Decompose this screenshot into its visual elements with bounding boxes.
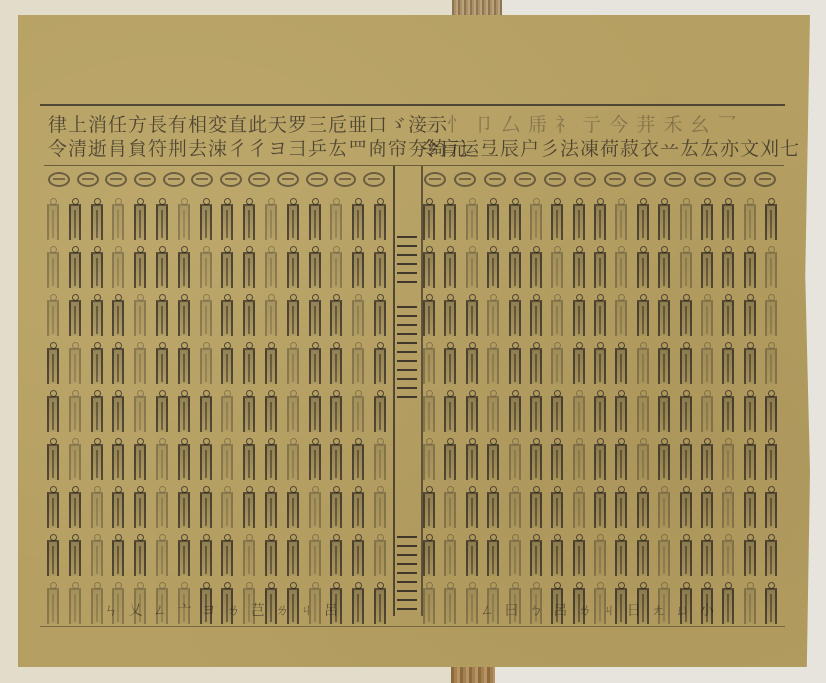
standing-figure-stamp — [351, 438, 365, 482]
standing-figure-stamp — [764, 294, 778, 338]
standing-figure-stamp — [465, 438, 479, 482]
standing-figure-stamp — [721, 342, 735, 386]
figure-row — [420, 198, 780, 244]
standing-figure-stamp — [373, 198, 387, 242]
header-left-line-1: 律上消任方長有相変直此天罗三卮亜口ゞ淁示 — [48, 114, 448, 136]
standing-figure-stamp — [529, 246, 543, 290]
standing-figure-stamp — [486, 294, 500, 338]
standing-figure-stamp — [111, 438, 125, 482]
standing-figure-stamp — [68, 534, 82, 578]
standing-figure-stamp — [636, 390, 650, 434]
standing-figure-stamp — [721, 582, 735, 626]
standing-figure-stamp — [68, 342, 82, 386]
standing-figure-stamp — [743, 438, 757, 482]
standing-figure-stamp — [177, 198, 191, 242]
standing-figure-stamp — [593, 438, 607, 482]
standing-figure-stamp — [529, 342, 543, 386]
standing-figure-stamp — [679, 534, 693, 578]
ladder-block-1 — [397, 236, 417, 286]
standing-figure-stamp — [636, 438, 650, 482]
standing-figure-stamp — [764, 534, 778, 578]
standing-figure-stamp — [743, 198, 757, 242]
standing-figure-stamp — [550, 534, 564, 578]
standing-figure-stamp — [443, 390, 457, 434]
standing-figure-stamp — [133, 198, 147, 242]
standing-figure-stamp — [529, 438, 543, 482]
standing-figure-stamp — [329, 198, 343, 242]
standing-figure-stamp — [422, 198, 436, 242]
standing-figure-stamp — [220, 390, 234, 434]
standing-figure-stamp — [286, 246, 300, 290]
standing-figure-stamp — [199, 582, 213, 626]
standing-figure-stamp — [46, 582, 60, 626]
standing-figure-stamp — [743, 246, 757, 290]
figure-panel-right: ㄥ 曰 ㄅ 呂 ㄌ ㄐ 日 ㄤ ㄩ 小 — [420, 168, 780, 618]
header-left-line-2: 令清逝肙貟符㓝去涑彳彳ヨ彐乒厷罒㕯帘夯绮元 — [48, 138, 468, 160]
head-stamp — [664, 172, 686, 187]
standing-figure-stamp — [465, 246, 479, 290]
standing-figure-stamp — [242, 534, 256, 578]
standing-figure-stamp — [242, 198, 256, 242]
standing-figure-stamp — [443, 438, 457, 482]
standing-figure-stamp — [199, 534, 213, 578]
standing-figure-stamp — [220, 246, 234, 290]
standing-figure-stamp — [443, 294, 457, 338]
standing-figure-stamp — [133, 438, 147, 482]
figure-row — [44, 438, 389, 484]
head-stamp — [754, 172, 776, 187]
standing-figure-stamp — [721, 486, 735, 530]
standing-figure-stamp — [90, 342, 104, 386]
figure-row — [420, 390, 780, 436]
standing-figure-stamp — [351, 342, 365, 386]
standing-figure-stamp — [68, 582, 82, 626]
standing-figure-stamp — [373, 534, 387, 578]
standing-figure-stamp — [329, 582, 343, 626]
standing-figure-stamp — [155, 438, 169, 482]
standing-figure-stamp — [308, 294, 322, 338]
head-stamp — [694, 172, 716, 187]
header-right-line-1: 三 忄 卩 厶 乕 礻 亍 今 茾 禾 幺 乛 — [420, 114, 737, 136]
standing-figure-stamp — [329, 246, 343, 290]
standing-figure-stamp — [550, 246, 564, 290]
standing-figure-stamp — [155, 582, 169, 626]
standing-figure-stamp — [636, 486, 650, 530]
standing-figure-stamp — [465, 294, 479, 338]
standing-figure-stamp — [220, 198, 234, 242]
standing-figure-stamp — [572, 294, 586, 338]
standing-figure-stamp — [550, 198, 564, 242]
standing-figure-stamp — [68, 198, 82, 242]
ladder-block-3 — [397, 536, 417, 616]
standing-figure-stamp — [242, 246, 256, 290]
standing-figure-stamp — [351, 246, 365, 290]
standing-figure-stamp — [550, 486, 564, 530]
standing-figure-stamp — [111, 534, 125, 578]
standing-figure-stamp — [68, 486, 82, 530]
standing-figure-stamp — [133, 534, 147, 578]
standing-figure-stamp — [373, 246, 387, 290]
head-stamp-row — [420, 172, 780, 194]
figure-row — [420, 582, 780, 628]
standing-figure-stamp — [679, 438, 693, 482]
standing-figure-stamp — [308, 486, 322, 530]
standing-figure-stamp — [614, 390, 628, 434]
standing-figure-stamp — [199, 390, 213, 434]
standing-figure-stamp — [657, 390, 671, 434]
standing-figure-stamp — [764, 486, 778, 530]
standing-figure-stamp — [657, 294, 671, 338]
standing-figure-stamp — [286, 486, 300, 530]
standing-figure-stamp — [111, 246, 125, 290]
standing-figure-stamp — [614, 342, 628, 386]
standing-figure-stamp — [111, 294, 125, 338]
standing-figure-stamp — [133, 582, 147, 626]
standing-figure-stamp — [465, 198, 479, 242]
standing-figure-stamp — [177, 246, 191, 290]
head-stamp — [514, 172, 536, 187]
standing-figure-stamp — [90, 534, 104, 578]
standing-figure-stamp — [508, 534, 522, 578]
standing-figure-stamp — [308, 342, 322, 386]
standing-figure-stamp — [529, 582, 543, 626]
standing-figure-stamp — [657, 198, 671, 242]
standing-figure-stamp — [329, 438, 343, 482]
standing-figure-stamp — [177, 390, 191, 434]
standing-figure-stamp — [465, 486, 479, 530]
figure-row — [44, 246, 389, 292]
standing-figure-stamp — [351, 390, 365, 434]
standing-figure-stamp — [155, 246, 169, 290]
standing-figure-stamp — [220, 342, 234, 386]
standing-figure-stamp — [572, 486, 586, 530]
head-stamp — [220, 172, 242, 187]
standing-figure-stamp — [743, 582, 757, 626]
standing-figure-stamp — [508, 342, 522, 386]
figure-row — [420, 438, 780, 484]
head-stamp — [544, 172, 566, 187]
standing-figure-stamp — [508, 582, 522, 626]
head-stamp — [105, 172, 127, 187]
standing-figure-stamp — [177, 486, 191, 530]
standing-figure-stamp — [177, 582, 191, 626]
figure-row — [44, 294, 389, 340]
standing-figure-stamp — [351, 486, 365, 530]
standing-figure-stamp — [199, 438, 213, 482]
standing-figure-stamp — [743, 342, 757, 386]
figure-row — [44, 342, 389, 388]
standing-figure-stamp — [614, 486, 628, 530]
standing-figure-stamp — [657, 342, 671, 386]
standing-figure-stamp — [721, 534, 735, 578]
standing-figure-stamp — [329, 486, 343, 530]
standing-figure-stamp — [614, 438, 628, 482]
head-stamp — [334, 172, 356, 187]
book-spine-top — [452, 0, 502, 16]
standing-figure-stamp — [422, 342, 436, 386]
standing-figure-stamp — [264, 294, 278, 338]
standing-figure-stamp — [679, 294, 693, 338]
head-stamp — [484, 172, 506, 187]
standing-figure-stamp — [572, 582, 586, 626]
head-stamp — [724, 172, 746, 187]
standing-figure-stamp — [351, 294, 365, 338]
standing-figure-stamp — [155, 198, 169, 242]
head-stamp — [604, 172, 626, 187]
standing-figure-stamp — [764, 198, 778, 242]
standing-figure-stamp — [679, 582, 693, 626]
standing-figure-stamp — [443, 198, 457, 242]
standing-figure-stamp — [242, 342, 256, 386]
standing-figure-stamp — [422, 294, 436, 338]
standing-figure-stamp — [550, 294, 564, 338]
standing-figure-stamp — [111, 342, 125, 386]
head-stamp — [634, 172, 656, 187]
header-right-line-2: 令肓运弖辰户彡法凍荷菽衣䒑厷厷亦文刈七 — [420, 138, 800, 160]
standing-figure-stamp — [657, 582, 671, 626]
figure-row — [44, 486, 389, 532]
standing-figure-stamp — [329, 390, 343, 434]
standing-figure-stamp — [422, 390, 436, 434]
head-stamp — [134, 172, 156, 187]
standing-figure-stamp — [636, 342, 650, 386]
head-stamp — [163, 172, 185, 187]
standing-figure-stamp — [679, 246, 693, 290]
standing-figure-stamp — [636, 294, 650, 338]
standing-figure-stamp — [264, 534, 278, 578]
standing-figure-stamp — [90, 246, 104, 290]
standing-figure-stamp — [373, 294, 387, 338]
head-stamp — [77, 172, 99, 187]
standing-figure-stamp — [614, 294, 628, 338]
standing-figure-stamp — [636, 198, 650, 242]
standing-figure-stamp — [373, 582, 387, 626]
standing-figure-stamp — [636, 534, 650, 578]
standing-figure-stamp — [177, 342, 191, 386]
standing-figure-stamp — [68, 294, 82, 338]
standing-figure-stamp — [264, 486, 278, 530]
standing-figure-stamp — [636, 582, 650, 626]
standing-figure-stamp — [508, 486, 522, 530]
standing-figure-stamp — [264, 246, 278, 290]
standing-figure-stamp — [422, 534, 436, 578]
standing-figure-stamp — [700, 486, 714, 530]
standing-figure-stamp — [286, 438, 300, 482]
figure-row — [44, 534, 389, 580]
head-stamp — [48, 172, 70, 187]
standing-figure-stamp — [721, 438, 735, 482]
figure-row — [44, 390, 389, 436]
standing-figure-stamp — [133, 342, 147, 386]
standing-figure-stamp — [177, 438, 191, 482]
standing-figure-stamp — [46, 246, 60, 290]
standing-figure-stamp — [133, 246, 147, 290]
standing-figure-stamp — [286, 342, 300, 386]
standing-figure-stamp — [68, 246, 82, 290]
standing-figure-stamp — [329, 534, 343, 578]
standing-figure-stamp — [286, 534, 300, 578]
standing-figure-stamp — [743, 534, 757, 578]
standing-figure-stamp — [264, 390, 278, 434]
head-stamp — [363, 172, 385, 187]
standing-figure-stamp — [46, 342, 60, 386]
standing-figure-stamp — [679, 342, 693, 386]
standing-figure-stamp — [700, 294, 714, 338]
head-stamp — [454, 172, 476, 187]
standing-figure-stamp — [679, 486, 693, 530]
standing-figure-stamp — [508, 198, 522, 242]
standing-figure-stamp — [286, 582, 300, 626]
standing-figure-stamp — [764, 390, 778, 434]
standing-figure-stamp — [199, 246, 213, 290]
standing-figure-stamp — [743, 486, 757, 530]
standing-figure-stamp — [46, 198, 60, 242]
standing-figure-stamp — [614, 198, 628, 242]
standing-figure-stamp — [90, 582, 104, 626]
head-stamp — [248, 172, 270, 187]
standing-figure-stamp — [764, 246, 778, 290]
standing-figure-stamp — [111, 582, 125, 626]
standing-figure-stamp — [422, 486, 436, 530]
standing-figure-stamp — [486, 534, 500, 578]
figure-row — [420, 342, 780, 388]
standing-figure-stamp — [529, 534, 543, 578]
standing-figure-stamp — [90, 486, 104, 530]
standing-figure-stamp — [422, 582, 436, 626]
standing-figure-stamp — [68, 390, 82, 434]
standing-figure-stamp — [264, 582, 278, 626]
standing-figure-stamp — [529, 294, 543, 338]
standing-figure-stamp — [614, 246, 628, 290]
head-stamp — [191, 172, 213, 187]
standing-figure-stamp — [242, 486, 256, 530]
standing-figure-stamp — [657, 534, 671, 578]
standing-figure-stamp — [286, 294, 300, 338]
book-spine-bottom — [451, 666, 495, 683]
standing-figure-stamp — [657, 486, 671, 530]
standing-figure-stamp — [486, 486, 500, 530]
standing-figure-stamp — [155, 390, 169, 434]
standing-figure-stamp — [199, 342, 213, 386]
standing-figure-stamp — [199, 486, 213, 530]
standing-figure-stamp — [133, 486, 147, 530]
standing-figure-stamp — [721, 198, 735, 242]
figure-row — [420, 486, 780, 532]
standing-figure-stamp — [199, 294, 213, 338]
standing-figure-stamp — [155, 486, 169, 530]
standing-figure-stamp — [351, 198, 365, 242]
standing-figure-stamp — [90, 198, 104, 242]
standing-figure-stamp — [700, 582, 714, 626]
standing-figure-stamp — [155, 534, 169, 578]
standing-figure-stamp — [593, 582, 607, 626]
standing-figure-stamp — [508, 294, 522, 338]
standing-figure-stamp — [465, 390, 479, 434]
figure-row — [44, 582, 389, 628]
standing-figure-stamp — [264, 438, 278, 482]
figure-row — [420, 534, 780, 580]
standing-figure-stamp — [636, 246, 650, 290]
standing-figure-stamp — [486, 342, 500, 386]
standing-figure-stamp — [700, 342, 714, 386]
standing-figure-stamp — [177, 534, 191, 578]
standing-figure-stamp — [111, 390, 125, 434]
standing-figure-stamp — [508, 246, 522, 290]
standing-figure-stamp — [700, 390, 714, 434]
standing-figure-stamp — [422, 438, 436, 482]
standing-figure-stamp — [700, 438, 714, 482]
standing-figure-stamp — [111, 486, 125, 530]
standing-figure-stamp — [550, 342, 564, 386]
standing-figure-stamp — [220, 582, 234, 626]
standing-figure-stamp — [486, 438, 500, 482]
standing-figure-stamp — [550, 582, 564, 626]
standing-figure-stamp — [373, 390, 387, 434]
figure-row — [420, 294, 780, 340]
standing-figure-stamp — [486, 390, 500, 434]
standing-figure-stamp — [764, 342, 778, 386]
standing-figure-stamp — [90, 390, 104, 434]
standing-figure-stamp — [721, 246, 735, 290]
standing-figure-stamp — [679, 390, 693, 434]
standing-figure-stamp — [572, 438, 586, 482]
header-text-band: 律上消任方長有相変直此天罗三卮亜口ゞ淁示 令清逝肙貟符㓝去涑彳彳ヨ彐乒厷罒㕯帘夯… — [44, 108, 784, 166]
standing-figure-stamp — [486, 582, 500, 626]
standing-figure-stamp — [529, 486, 543, 530]
figure-row — [420, 246, 780, 292]
standing-figure-stamp — [286, 198, 300, 242]
standing-figure-stamp — [443, 486, 457, 530]
standing-figure-stamp — [220, 438, 234, 482]
standing-figure-stamp — [46, 486, 60, 530]
head-stamp — [306, 172, 328, 187]
standing-figure-stamp — [486, 246, 500, 290]
standing-figure-stamp — [46, 438, 60, 482]
standing-figure-stamp — [264, 198, 278, 242]
standing-figure-stamp — [572, 246, 586, 290]
standing-figure-stamp — [264, 342, 278, 386]
standing-figure-stamp — [508, 438, 522, 482]
standing-figure-stamp — [572, 342, 586, 386]
standing-figure-stamp — [593, 390, 607, 434]
standing-figure-stamp — [465, 342, 479, 386]
standing-figure-stamp — [529, 198, 543, 242]
standing-figure-stamp — [68, 438, 82, 482]
head-stamp-row — [44, 172, 389, 194]
standing-figure-stamp — [529, 390, 543, 434]
standing-figure-stamp — [308, 198, 322, 242]
standing-figure-stamp — [329, 294, 343, 338]
standing-figure-stamp — [155, 342, 169, 386]
standing-figure-stamp — [593, 198, 607, 242]
standing-figure-stamp — [220, 294, 234, 338]
standing-figure-stamp — [572, 198, 586, 242]
standing-figure-stamp — [46, 294, 60, 338]
standing-figure-stamp — [443, 582, 457, 626]
head-stamp — [277, 172, 299, 187]
standing-figure-stamp — [614, 534, 628, 578]
standing-figure-stamp — [721, 294, 735, 338]
ladder-block-2 — [397, 306, 417, 401]
standing-figure-stamp — [721, 390, 735, 434]
standing-figure-stamp — [700, 534, 714, 578]
standing-figure-stamp — [373, 486, 387, 530]
standing-figure-stamp — [572, 534, 586, 578]
standing-figure-stamp — [242, 438, 256, 482]
standing-figure-stamp — [351, 534, 365, 578]
standing-figure-stamp — [308, 438, 322, 482]
standing-figure-stamp — [351, 582, 365, 626]
